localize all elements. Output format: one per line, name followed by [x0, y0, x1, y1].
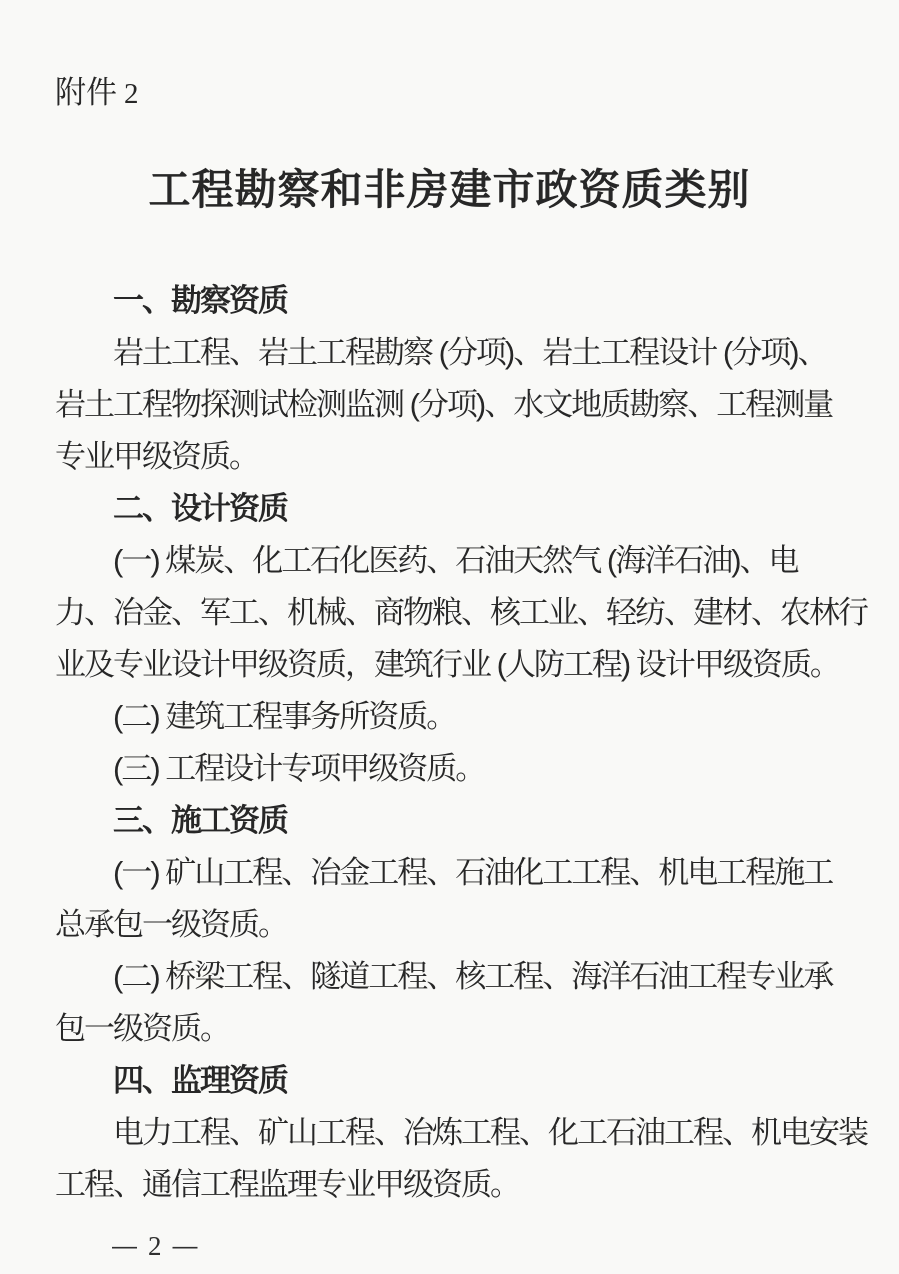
section-heading: 四、监理资质 [55, 1055, 869, 1107]
body-line: (二) 桥梁工程、隧道工程、核工程、海洋石油工程专业承 [55, 951, 869, 1003]
body-line: 力、冶金、军工、机械、商物粮、核工业、轻纺、建材、农林行 [55, 587, 869, 639]
footer-left-dash: — [112, 1231, 137, 1261]
body-line: 总承包一级资质。 [55, 899, 869, 951]
page-footer: — 2 — [0, 1231, 899, 1261]
attachment-label-text: 附件 [55, 75, 117, 110]
body-line: 岩土工程物探测试检测监测 (分项)、水文地质勘察、工程测量 [55, 379, 869, 431]
body-line: (二) 建筑工程事务所资质。 [55, 691, 869, 743]
document-page: 附件2 工程勘察和非房建市政资质类别 一、勘察资质岩土工程、岩土工程勘察 (分项… [0, 0, 899, 1274]
body-line: 包一级资质。 [55, 1003, 869, 1055]
section-heading: 二、设计资质 [55, 483, 869, 535]
attachment-number: 2 [124, 78, 139, 110]
body-line: (一) 煤炭、化工石化医药、石油天然气 (海洋石油)、电 [55, 535, 869, 587]
body-line: 电力工程、矿山工程、冶炼工程、化工石油工程、机电安装 [55, 1107, 869, 1159]
footer-page-number: 2 [148, 1231, 162, 1261]
attachment-label: 附件2 [55, 74, 899, 113]
page-title: 工程勘察和非房建市政资质类别 [0, 165, 899, 215]
section-heading: 三、施工资质 [55, 795, 869, 847]
body-line: 业及专业设计甲级资质，建筑行业 (人防工程) 设计甲级资质。 [55, 639, 869, 691]
body-line: (一) 矿山工程、冶金工程、石油化工工程、机电工程施工 [55, 847, 869, 899]
body-line: 工程、通信工程监理专业甲级资质。 [55, 1159, 869, 1211]
body-line: (三) 工程设计专项甲级资质。 [55, 743, 869, 795]
section-heading: 一、勘察资质 [55, 275, 869, 327]
footer-right-dash: — [173, 1231, 198, 1261]
body-line: 岩土工程、岩土工程勘察 (分项)、岩土工程设计 (分项)、 [55, 327, 869, 379]
document-body: 一、勘察资质岩土工程、岩土工程勘察 (分项)、岩土工程设计 (分项)、岩土工程物… [0, 275, 899, 1211]
body-line: 专业甲级资质。 [55, 431, 869, 483]
